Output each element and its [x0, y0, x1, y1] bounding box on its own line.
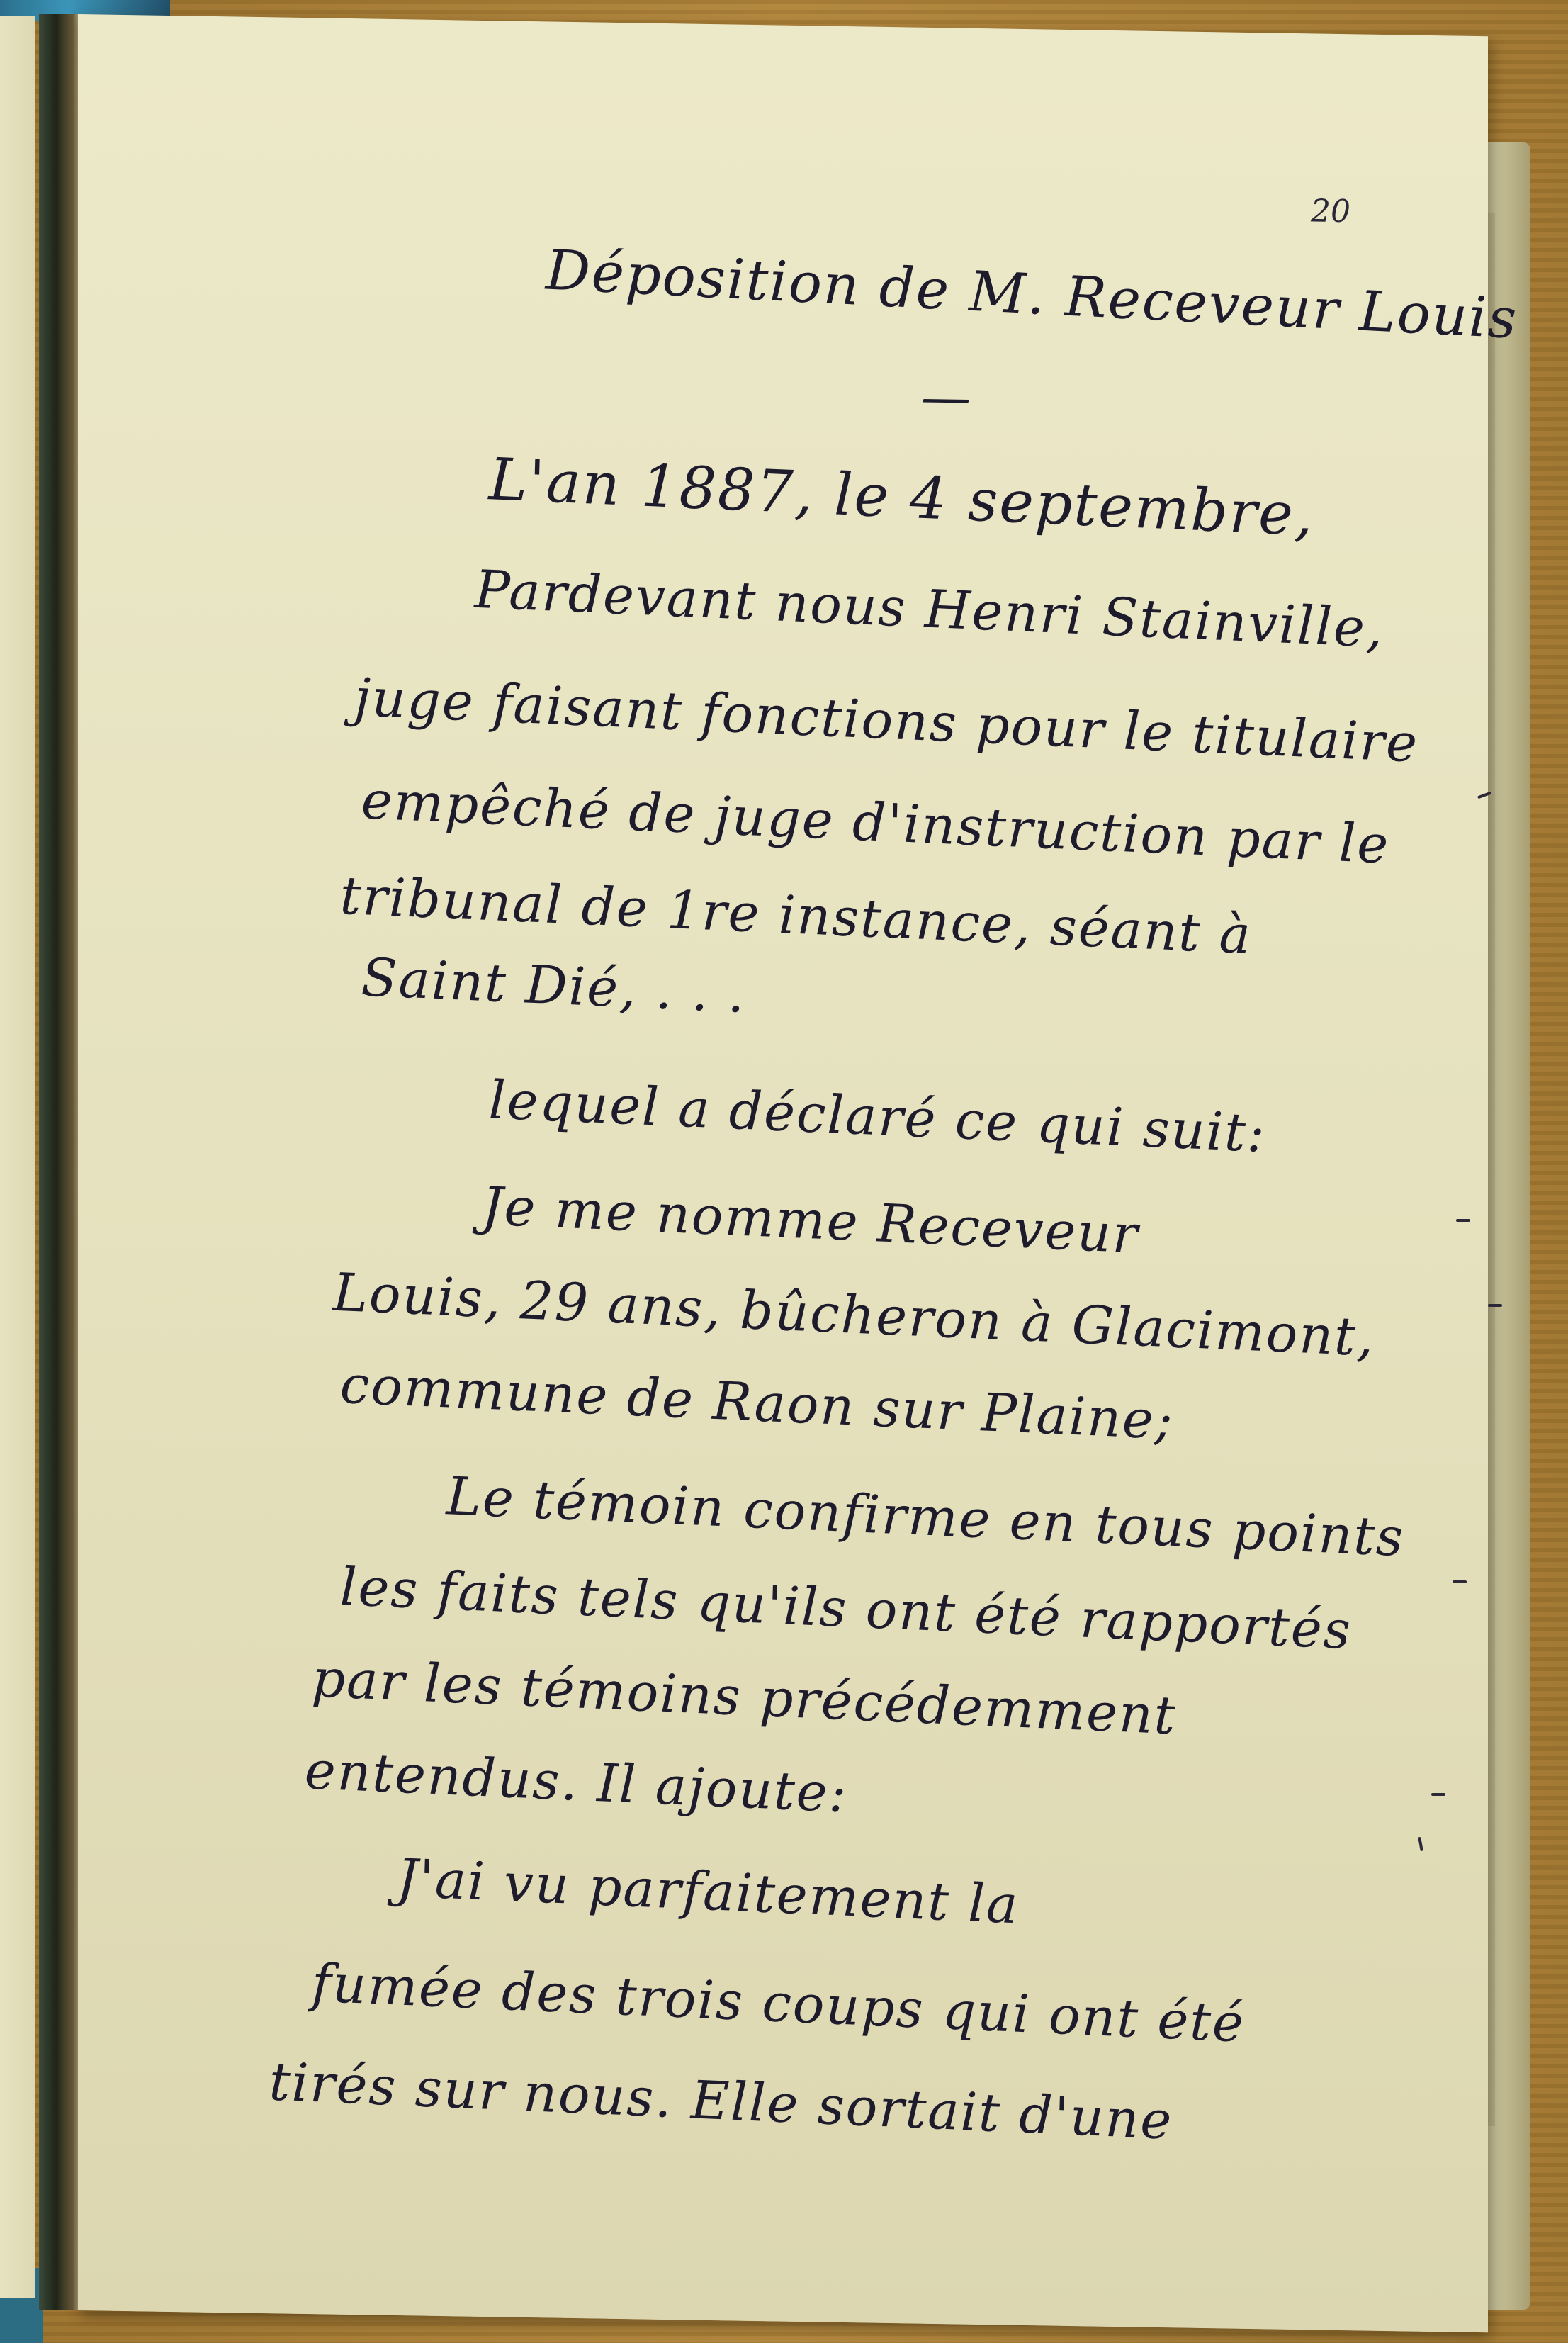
text-line: tirés sur nous. Elle sortait d'une — [269, 2051, 1174, 2152]
text-line: empêché de juge d'instruction par le — [361, 770, 1391, 875]
text-line: Saint Dié, . . . — [361, 947, 747, 1025]
text-line: J'ai vu parfaitement la — [396, 1848, 1020, 1935]
text-line: Pardevant nous Henri Stainville, — [474, 559, 1385, 660]
margin-mark — [1431, 1793, 1445, 1796]
book-gutter — [39, 14, 81, 2310]
previous-page-edge — [0, 16, 35, 2298]
text-line: les faits tels qu'ils ont été rapportés — [339, 1556, 1353, 1661]
margin-mark — [1456, 1219, 1470, 1222]
margin-mark — [1488, 1304, 1502, 1307]
text-line: par les témoins précédemment — [311, 1648, 1178, 1746]
deposition-title: Déposition de M. Receveur Louis — [545, 238, 1519, 351]
text-line: lequel a déclaré ce qui suit: — [488, 1069, 1267, 1164]
manuscript-page: 20 Déposition de M. Receveur Louis — L'a… — [78, 14, 1488, 2332]
margin-mark — [1453, 1580, 1467, 1583]
text-line: commune de Raon sur Plaine; — [339, 1354, 1175, 1451]
text-line: Je me nomme Receveur — [481, 1176, 1140, 1265]
title-separator: — — [921, 368, 972, 427]
text-line: juge faisant fonctions pour le titulaire — [354, 667, 1419, 774]
page-number: 20 — [1311, 193, 1350, 230]
text-line: fumée des trois coups qui ont été — [311, 1952, 1246, 2054]
text-line: tribunal de 1re instance, séant à — [339, 865, 1253, 966]
text-line: L'an 1887, le 4 septembre, — [488, 446, 1315, 549]
text-line: Louis, 29 ans, bûcheron à Glacimont, — [332, 1262, 1376, 1369]
text-line: Le témoin confirme en tous points — [446, 1466, 1405, 1568]
text-line: entendus. Il ajoute: — [304, 1740, 849, 1824]
